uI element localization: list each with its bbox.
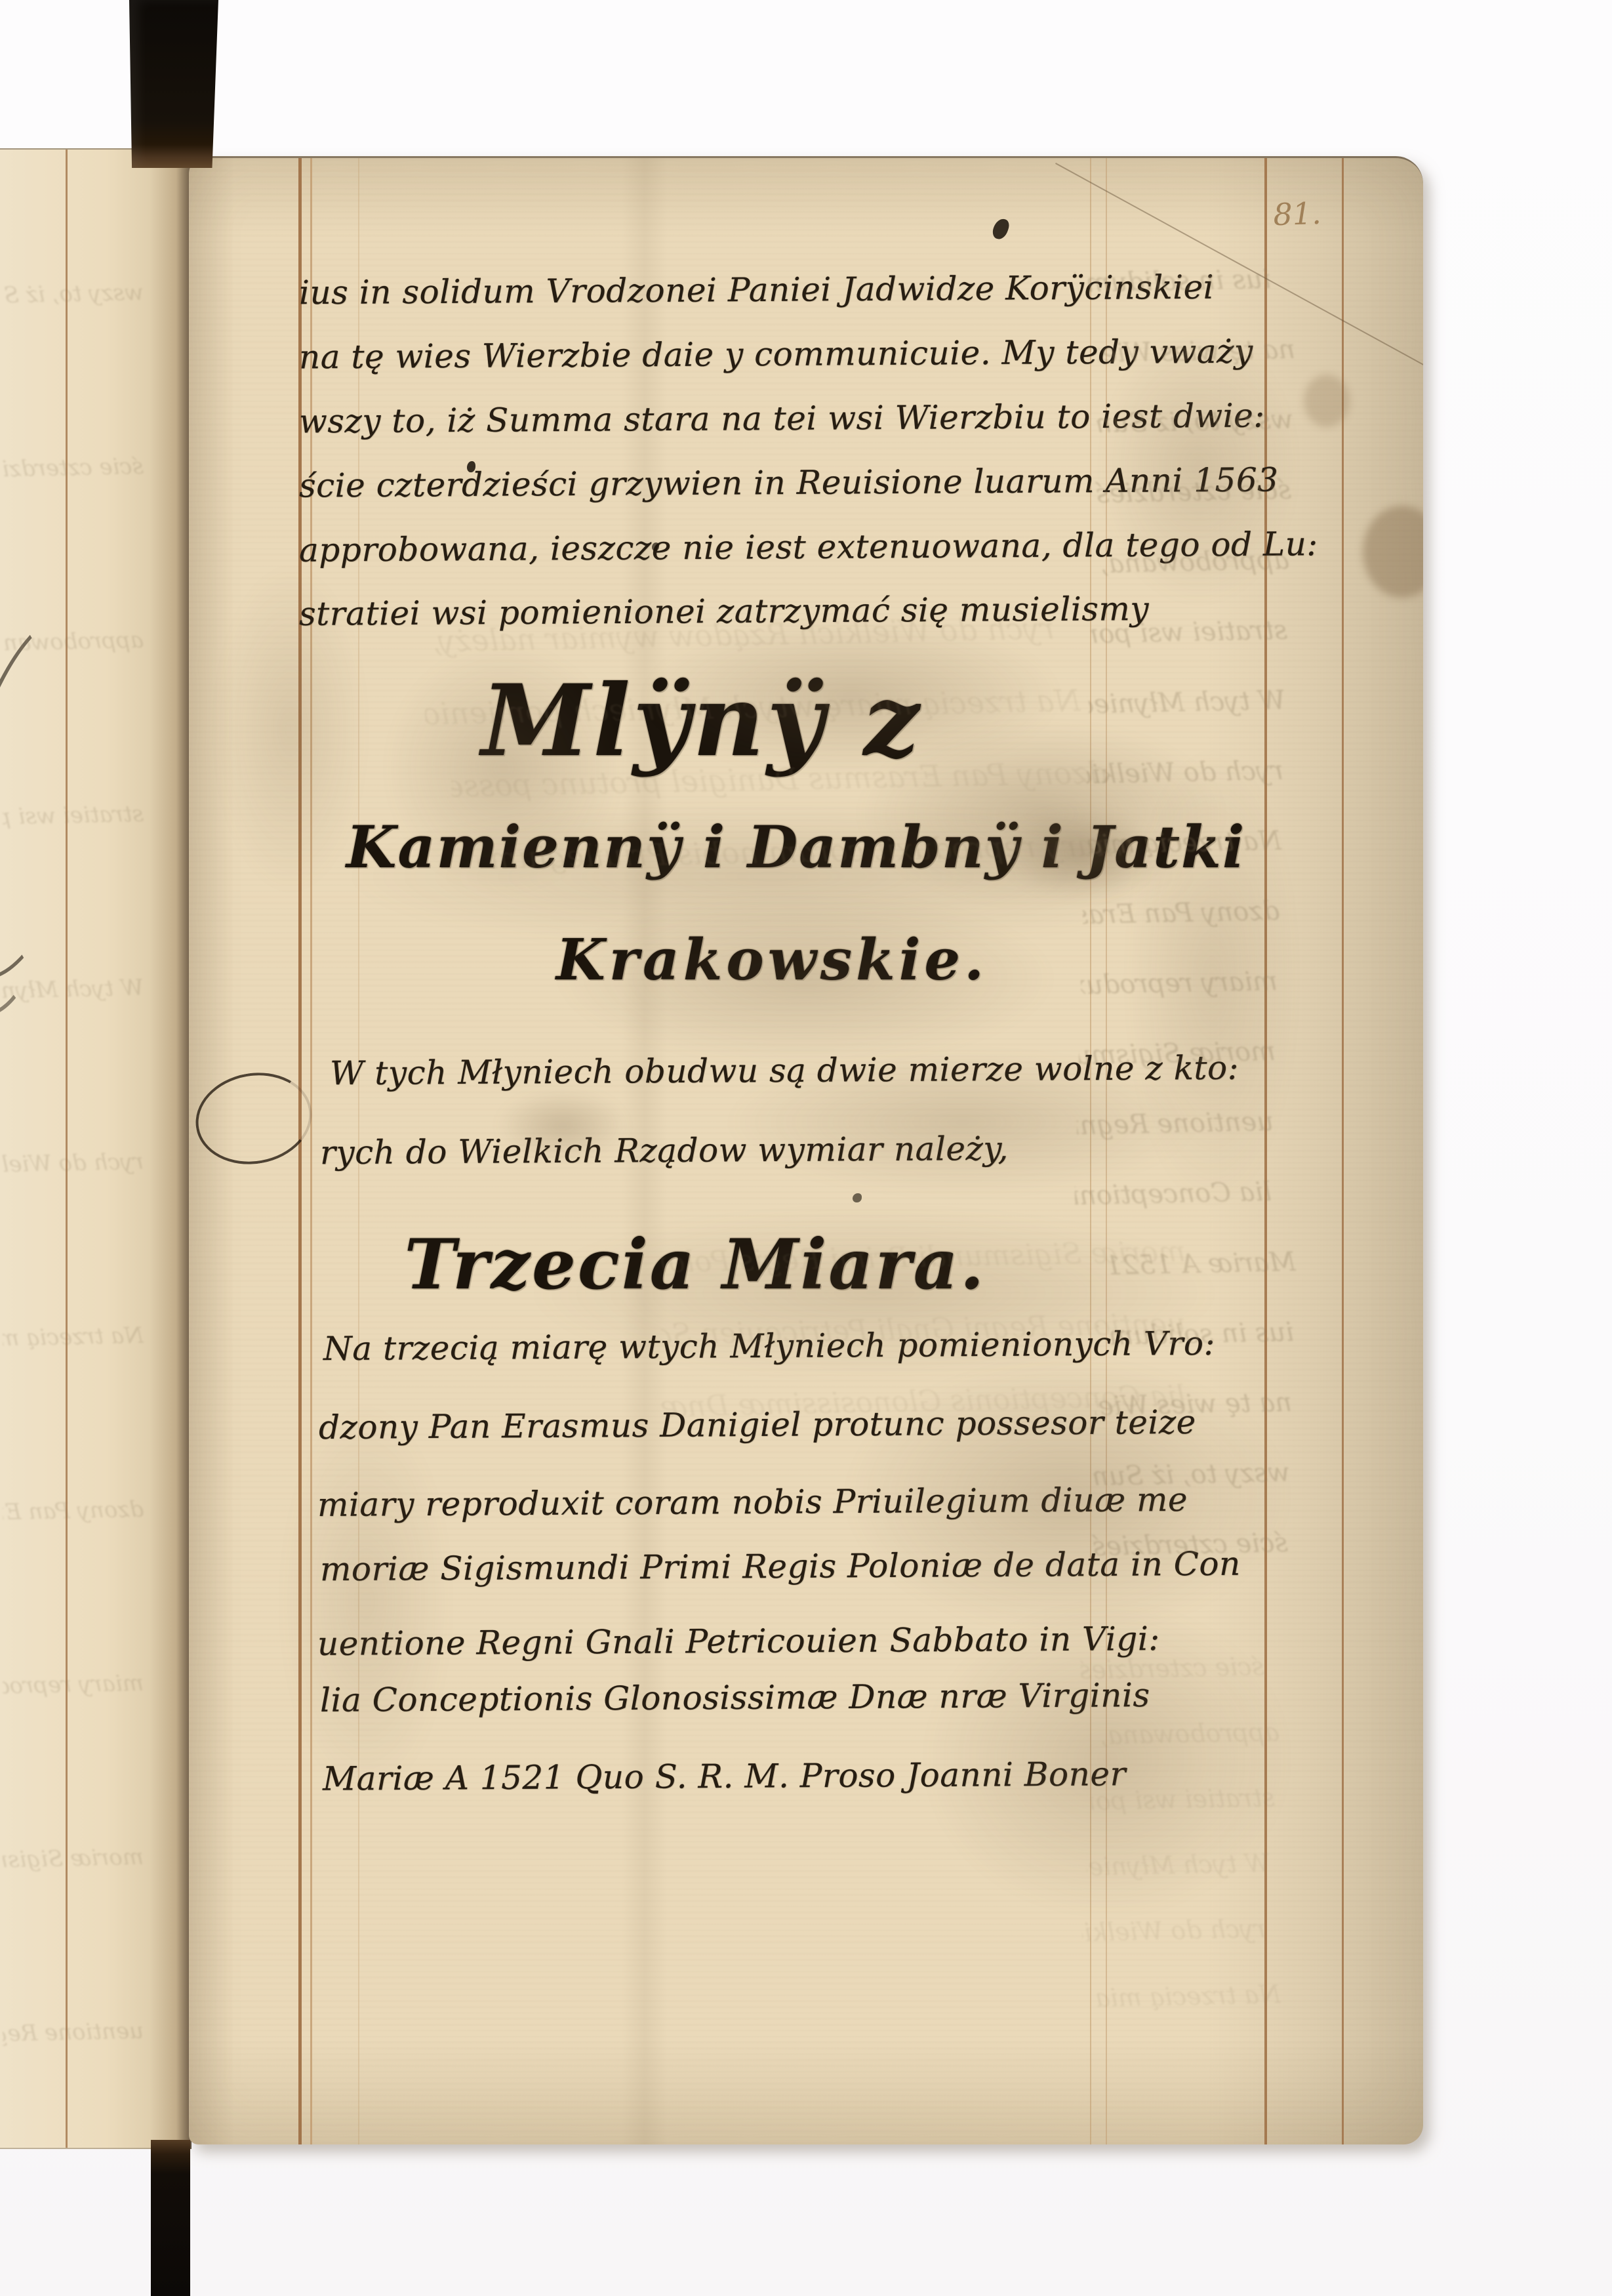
bleed-through-line: rych do Wielkich Rządow wymiar należy,: [1082, 1914, 1266, 1947]
ink-speck: [853, 1193, 862, 1202]
ruled-margin-line: [1342, 158, 1344, 2144]
manuscript-line: moriæ Sigismundi Primi Regis Poloniæ de …: [320, 1545, 1241, 1589]
bleed-through-line: W tych Młyniech obudwu są dwie mierze wo…: [1089, 686, 1286, 720]
manuscript-line: miary reproduxit coram nobis Priuilegium…: [317, 1481, 1188, 1524]
manuscript-line: ius in solidum Vrodzonei Paniei Jadwidze…: [299, 268, 1215, 312]
show-through-smudge: [281, 1404, 451, 1798]
paper-stain: [1304, 375, 1350, 427]
bleed-through-line: miary reproduxit coram nobis Priuilegium…: [3, 1670, 144, 1699]
title-line-3: Krakowskie.: [556, 927, 937, 993]
bleed-through-line: moriæ Sigismundi Primi Regis Poloniæ de …: [3, 1844, 144, 1873]
bleed-through-line: dzony Pan Erasmus Danigiel protunc posse…: [1083, 896, 1280, 930]
title-line-2: Kamiennÿ i Dambnÿ i Jatki: [346, 813, 1081, 881]
manuscript-line: uentione Regni Gnali Petricouien Sabbato…: [317, 1620, 1160, 1663]
bleed-through-line: Na trzecią miarę wtych Młyniech pomienio…: [1097, 1980, 1281, 2013]
manuscript-line: lia Conceptionis Glonosissimæ Dnæ nræ Vi…: [320, 1676, 1150, 1719]
bookmark-ribbon-bottom: [151, 2140, 190, 2296]
book-page: 81. ius in solidum Vrodzonei Paniei Jadw…: [189, 156, 1423, 2144]
ruled-margin-line: [310, 158, 312, 2144]
folio-number: 81.: [1238, 194, 1357, 234]
bleed-through-line: W tych Młyniech obudwu są dwie mierze wo…: [1087, 1849, 1271, 1881]
bleed-through-line: rych do Wielkich Rządow wymiar należy,: [1087, 756, 1284, 790]
ruled-margin-line: [1106, 158, 1107, 2144]
manuscript-line: na tę wies Wierzbie daie y communicuie. …: [299, 333, 1253, 377]
bleed-through-line: miary reproduxit coram nobis Priuilegium…: [1081, 966, 1278, 1000]
ruled-margin-line: [298, 158, 302, 2144]
ink-speck: [991, 216, 1011, 241]
manuscript-line: dzony Pan Erasmus Danigiel protunc posse…: [319, 1403, 1196, 1446]
bleed-through-line: uentione Regni Gnali Petricouien Sabbato…: [3, 2018, 144, 2047]
ruled-margin-line: [66, 150, 68, 2148]
ruled-margin-line: [1264, 158, 1267, 2144]
bleed-through-line: ście czterdzieści grzywien in Reuisione …: [3, 453, 144, 482]
manuscript-line: Na trzecią miarę wtych Młyniech pomienio…: [323, 1324, 1215, 1368]
manuscript-line: wszy to, iż Summa stara na tei wsi Wierz…: [299, 397, 1265, 441]
paper-stain: [1363, 506, 1423, 598]
bleed-through-line: approbowana, ieszcze nie iest extenuowan…: [1096, 1717, 1280, 1750]
bleed-through-line: dzony Pan Erasmus Danigiel protunc posse…: [3, 1496, 144, 1525]
manuscript-line: rych do Wielkich Rządow wymiar należy,: [320, 1130, 1009, 1172]
ruled-margin-line: [1090, 158, 1091, 2144]
manuscript-line: stratiei wsi pomienionei zatrzymać się m…: [299, 590, 1149, 633]
previous-page-edge: wszy to, iż Summa stara na tei wsi Wierz…: [0, 148, 191, 2149]
bleed-through-line: lia Conceptionis Glonosissimæ Dnæ nræ Vi…: [1075, 1177, 1272, 1211]
section-heading: Trzecia Miara.: [367, 1223, 1023, 1305]
bleed-through-line: rych do Wielkich Rządow wymiar należy,: [3, 1149, 144, 1178]
manuscript-line: approbowana, ieszcze nie iest extenuowan…: [299, 525, 1318, 569]
manuscript-line: ście czterdzieści grzywien in Reuisione …: [299, 461, 1279, 504]
scanned-manuscript-page: wszy to, iż Summa stara na tei wsi Wierz…: [0, 0, 1612, 2296]
title-line-1: Mlÿnÿ z: [374, 663, 1030, 779]
bookmark-ribbon-top: [129, 0, 218, 168]
manuscript-line: Mariæ A 1521 Quo S. R. M. Proso Joanni B…: [323, 1755, 1126, 1797]
bleed-through-line: wszy to, iż Summa stara na tei wsi Wierz…: [3, 279, 144, 308]
bleed-through-line: Na trzecią miarę wtych Młyniech pomienio…: [3, 1322, 144, 1351]
manuscript-line: W tych Młyniech obudwu są dwie mierze wo…: [330, 1049, 1239, 1092]
